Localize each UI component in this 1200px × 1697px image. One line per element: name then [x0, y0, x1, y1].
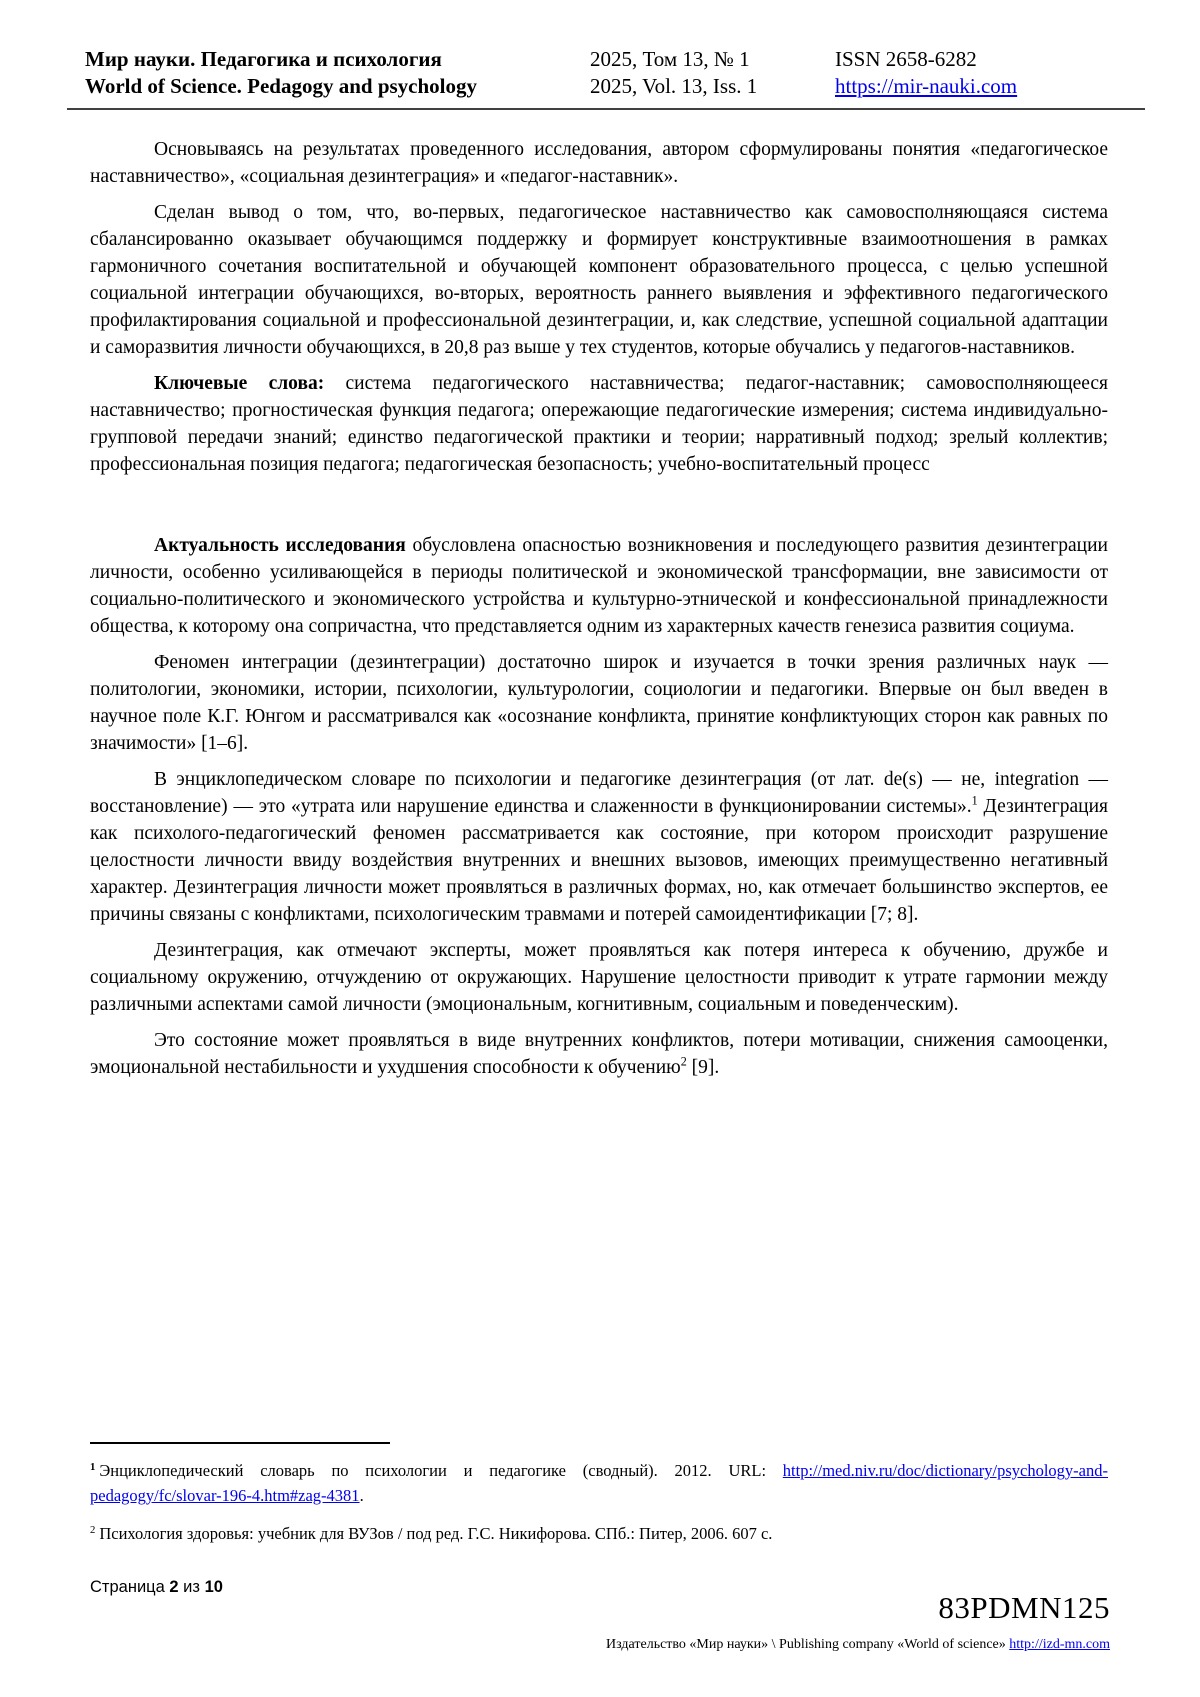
- state-text-1: Это состояние может проявляться в виде в…: [90, 1030, 1108, 1078]
- dictionary-text-1: В энциклопедическом словаре по психологи…: [90, 769, 1108, 817]
- state-text-2: [9].: [687, 1057, 720, 1078]
- footnote-1: 1Энциклопедический словарь по психологии…: [90, 1458, 1108, 1508]
- paragraph-relevance: Актуальность исследования обусловлена оп…: [90, 532, 1108, 640]
- issn-number: ISSN 2658-6282: [835, 46, 1017, 73]
- journal-title-en: World of Science. Pedagogy and psycholog…: [85, 73, 477, 100]
- paragraph-dictionary: В энциклопедическом словаре по психологи…: [90, 766, 1108, 928]
- issue-info-en: 2025, Vol. 13, Iss. 1: [590, 73, 757, 100]
- publisher-link[interactable]: http://izd-mn.com: [1009, 1637, 1110, 1652]
- footnote-2-text: Психология здоровья: учебник для ВУЗов /…: [99, 1524, 772, 1543]
- paragraph-results: Основываясь на результатах проведенного …: [90, 136, 1108, 190]
- paragraph-state: Это состояние может проявляться в виде в…: [90, 1027, 1108, 1081]
- journal-header-issn: ISSN 2658-6282 https://mir-nauki.com: [835, 46, 1017, 100]
- journal-title-ru: Мир науки. Педагогика и психология: [85, 46, 477, 73]
- paragraph-phenomenon: Феномен интеграции (дезинтеграции) доста…: [90, 649, 1108, 757]
- header-divider-rule: [67, 108, 1145, 110]
- footnote-2-marker: 2: [90, 1524, 95, 1536]
- page-of-label: из: [183, 1578, 200, 1596]
- journal-header-titles: Мир науки. Педагогика и психология World…: [85, 46, 477, 100]
- paragraph-conclusion: Сделан вывод о том, что, во-первых, педа…: [90, 199, 1108, 361]
- journal-site-link[interactable]: https://mir-nauki.com: [835, 74, 1017, 98]
- page-current: 2: [169, 1578, 178, 1596]
- footnote-1-marker: 1: [90, 1461, 95, 1473]
- footnote-1-period: .: [360, 1486, 364, 1505]
- article-body: Основываясь на результатах проведенного …: [90, 136, 1108, 1090]
- page-total: 10: [205, 1578, 223, 1596]
- document-id: 83PDMN125: [938, 1590, 1110, 1626]
- relevance-lead: Актуальность исследования: [154, 535, 406, 556]
- journal-header-issue: 2025, Том 13, № 1 2025, Vol. 13, Iss. 1: [590, 46, 757, 100]
- footnote-separator-rule: [90, 1442, 390, 1444]
- paragraph-keywords: Ключевые слова: система педагогического …: [90, 370, 1108, 478]
- footnote-2: 2Психология здоровья: учебник для ВУЗов …: [90, 1521, 1108, 1546]
- journal-page: Мир науки. Педагогика и психология World…: [0, 0, 1200, 1697]
- publisher-text: Издательство «Мир науки» \ Publishing co…: [606, 1637, 1009, 1652]
- publisher-line: Издательство «Мир науки» \ Publishing co…: [606, 1637, 1110, 1653]
- issue-info-ru: 2025, Том 13, № 1: [590, 46, 757, 73]
- page-indicator: Страница 2 из 10: [90, 1578, 223, 1597]
- footnotes-section: 1Энциклопедический словарь по психологии…: [90, 1442, 1108, 1559]
- keywords-label: Ключевые слова:: [154, 373, 324, 394]
- paragraph-disintegration: Дезинтеграция, как отмечают эксперты, мо…: [90, 937, 1108, 1018]
- footnote-1-text: Энциклопедический словарь по психологии …: [99, 1461, 782, 1480]
- page-label: Страница: [90, 1578, 165, 1596]
